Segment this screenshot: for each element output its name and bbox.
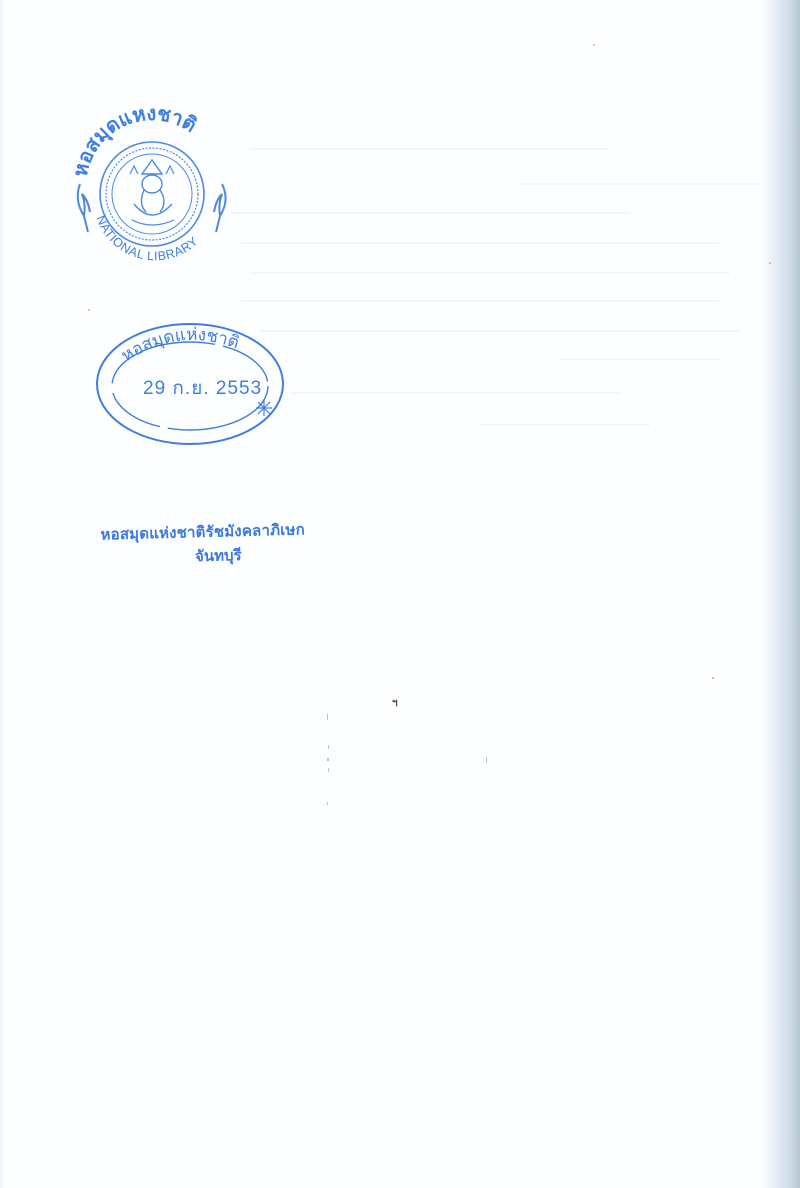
- speck: [712, 677, 714, 679]
- bleed-through-line: [560, 358, 720, 360]
- speck: [327, 714, 328, 720]
- svg-text:หอสมุดแห่งชาติ: หอสมุดแห่งชาติ: [118, 325, 242, 366]
- date-stamp: หอสมุดแห่งชาติ 29 ก.ย. 2553: [93, 318, 288, 448]
- bleed-through-line: [520, 183, 760, 185]
- speck: [593, 44, 595, 46]
- bleed-through-line: [230, 212, 630, 214]
- bleed-through-line: [480, 424, 650, 426]
- svg-text:หอสมุดแห่งชาติ: หอสมุดแห่งชาติ: [72, 108, 201, 179]
- library-name-stamp: หอสมุดแห่งชาติรัชมังคลาภิเษก จันทบุรี: [82, 517, 323, 571]
- speck: [328, 768, 329, 772]
- ganesha-emblem-icon: หอสมุดแห่งชาติ NATIONAL LIBRARY: [72, 108, 232, 278]
- speck: [769, 262, 771, 264]
- bleed-through-line: [250, 148, 610, 150]
- bleed-through-line: [240, 242, 720, 244]
- speck: [327, 758, 329, 761]
- scanned-page: หอสมุดแห่งชาติ NATIONAL LIBRARY หอสมุดแห…: [0, 0, 800, 1188]
- speck: [486, 757, 487, 763]
- page-mark: ฯ: [392, 696, 398, 711]
- speck: [327, 802, 328, 805]
- national-library-seal: หอสมุดแห่งชาติ NATIONAL LIBRARY: [72, 108, 232, 278]
- svg-text:NATIONAL LIBRARY: NATIONAL LIBRARY: [93, 213, 201, 263]
- speck: [328, 745, 329, 749]
- bleed-through-line: [260, 330, 740, 332]
- stamp-date: 29 ก.ย. 2553: [143, 373, 262, 403]
- bleed-through-line: [290, 392, 620, 394]
- bleed-through-line: [250, 272, 730, 274]
- speck: [88, 309, 90, 311]
- bleed-through-line: [240, 300, 720, 302]
